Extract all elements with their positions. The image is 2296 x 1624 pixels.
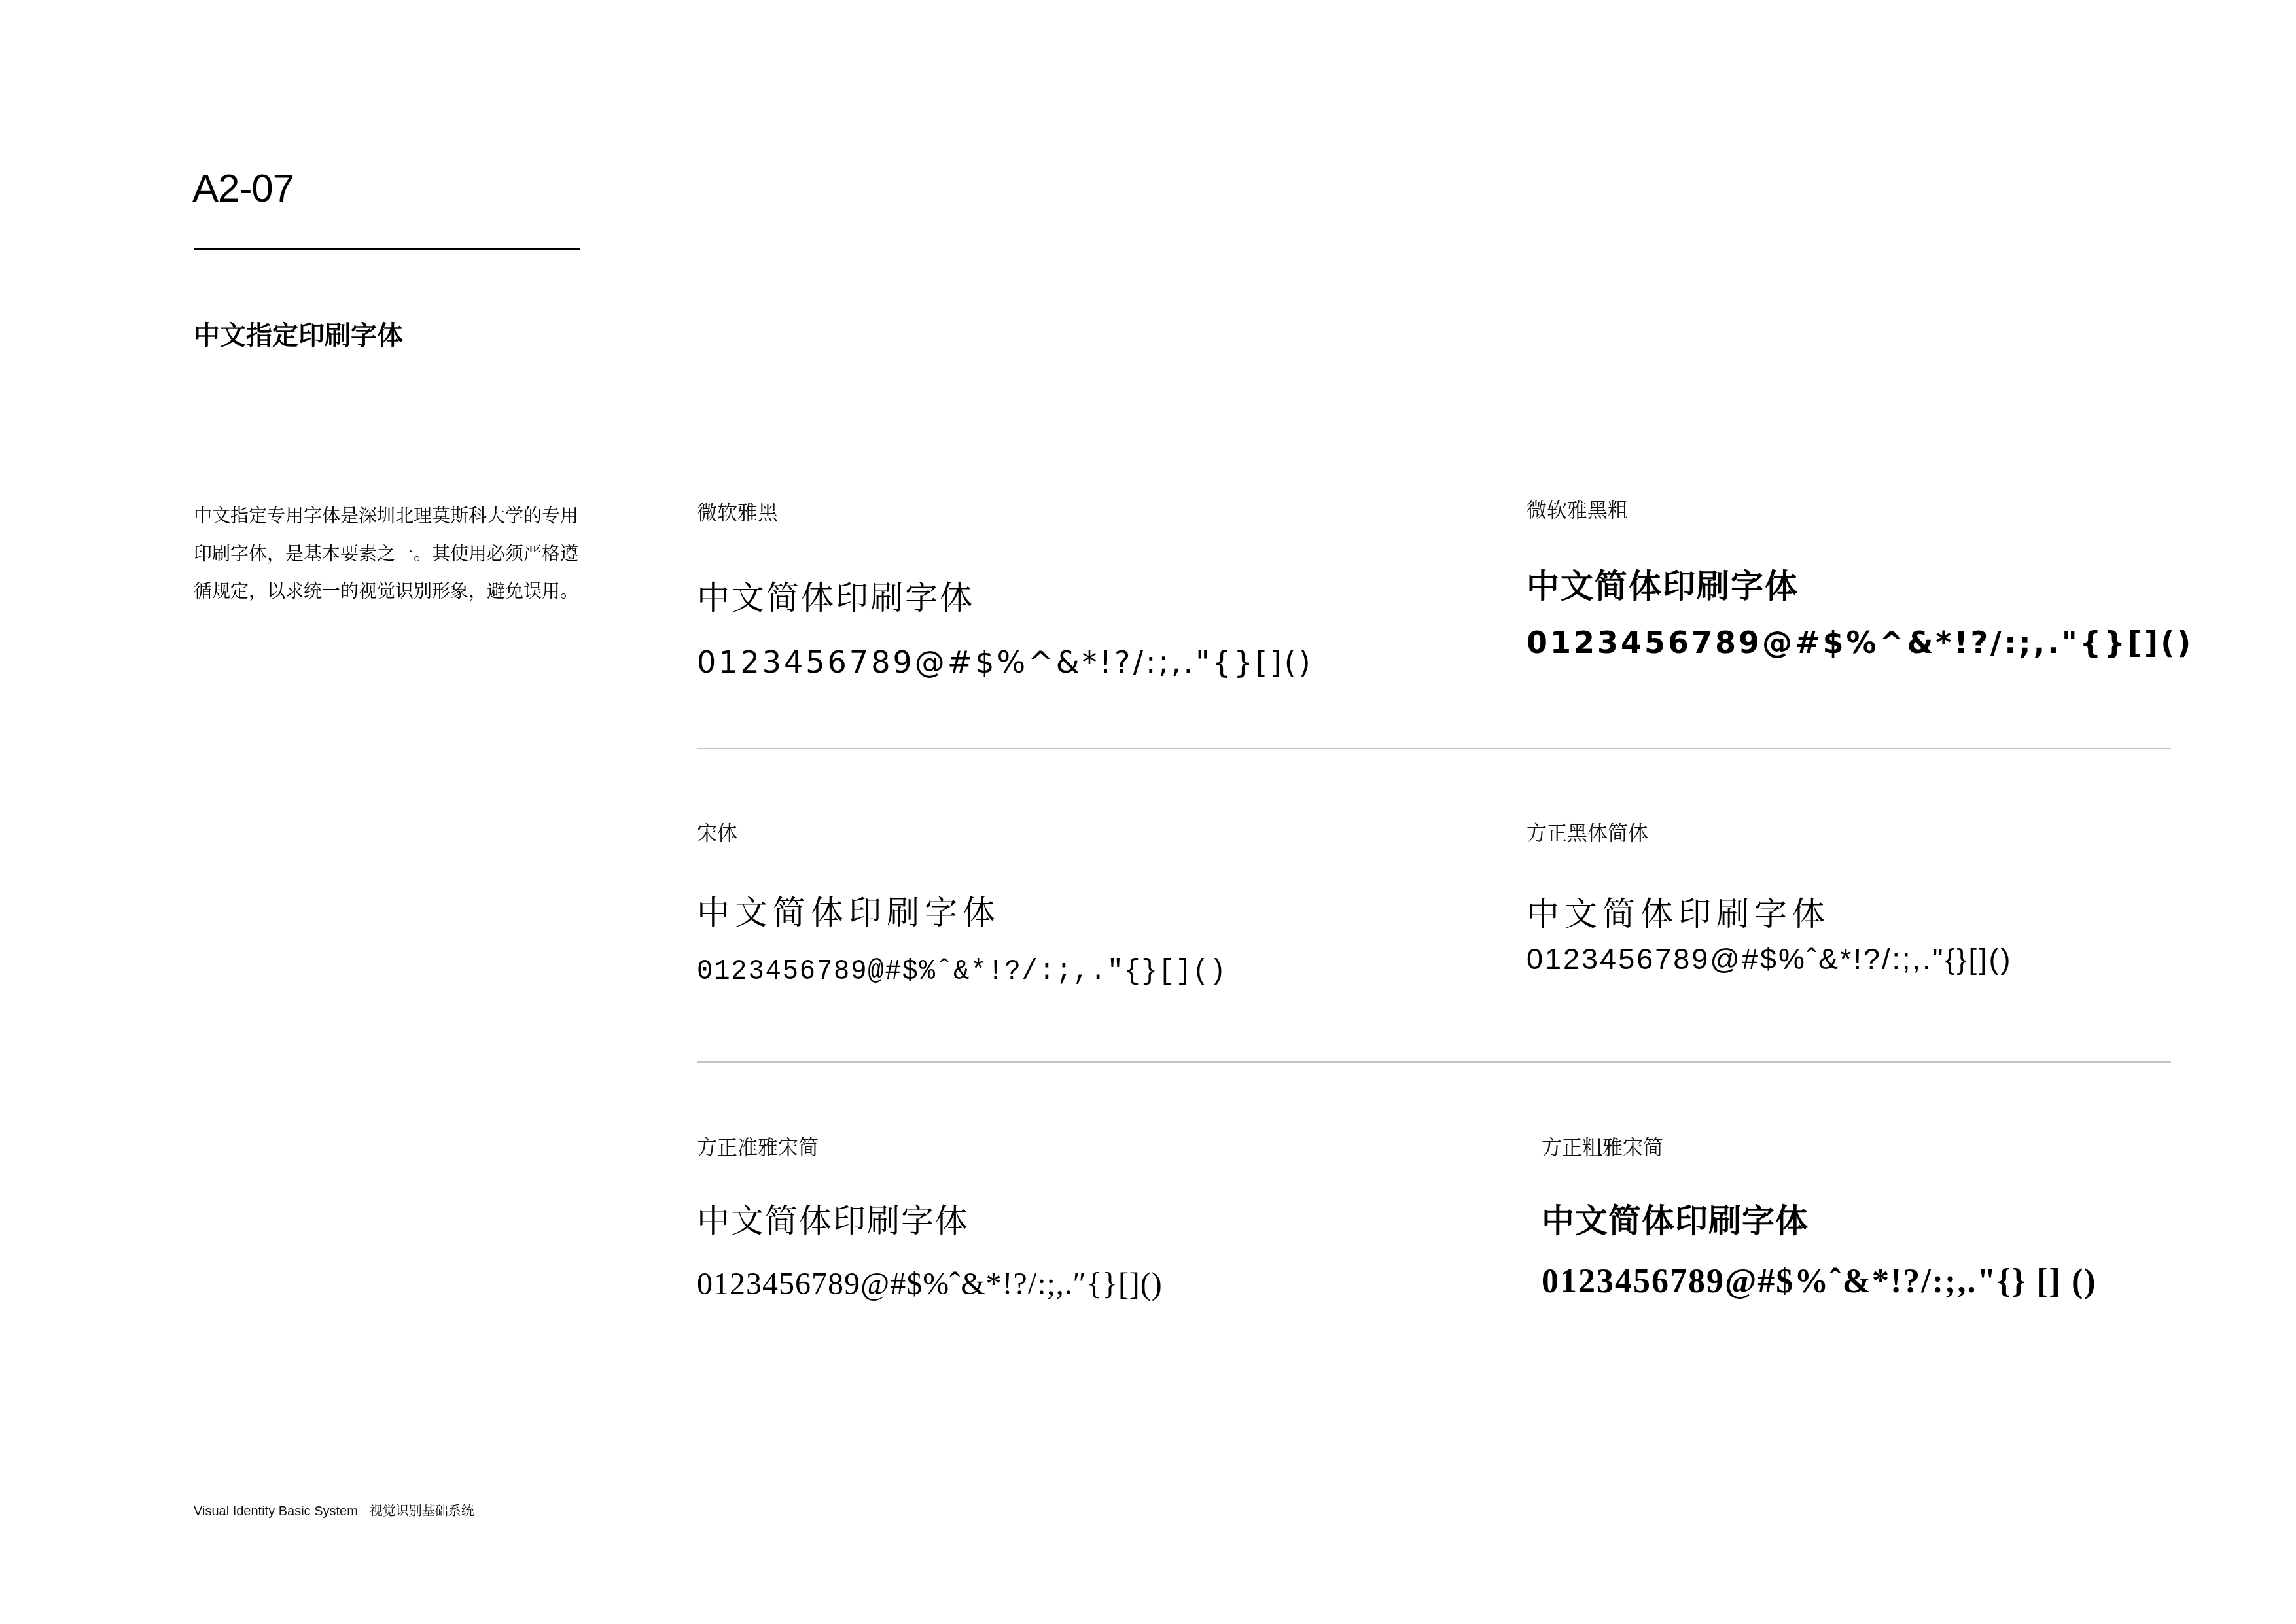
font-sample-cn-fz-heiti: 中文简体印刷字体 [1527,894,1830,934]
footer: Visual Identity Basic System视觉识别基础系统 [194,1502,474,1520]
font-sample-cn-fz-zhunyasong: 中文简体印刷字体 [697,1201,969,1241]
footer-en: Visual Identity Basic System [194,1503,358,1520]
font-label-yahei: 微软雅黑 [697,500,778,526]
font-sample-chars-fz-cuyasong: 0123456789@#$%ˆ&*!?/:;,."{} [] () [1542,1263,2097,1301]
font-label-fz-cuyasong: 方正粗雅宋简 [1542,1135,1663,1161]
font-sample-chars-yahei-bold: 0123456789@#$%^&*!?/:;,."{}[]() [1527,624,2193,662]
font-sample-chars-songti: 0123456789@#$%ˆ&*!?/:;,.″{}[]() [697,953,1227,991]
footer-cn: 视觉识别基础系统 [370,1502,474,1519]
intro-paragraph: 中文指定专用字体是深圳北理莫斯科大学的专用印刷字体，是基本要素之一。其使用必须严… [194,497,586,610]
section-title: 中文指定印刷字体 [194,319,403,352]
font-sample-cn-yahei: 中文简体印刷字体 [697,578,974,618]
font-label-fz-heiti: 方正黑体简体 [1527,821,1648,847]
font-label-songti: 宋体 [697,821,737,847]
font-sample-chars-yahei: 0123456789@#$%^&*!?/:;,."{}[]() [697,643,1313,681]
font-sample-chars-fz-heiti: 0123456789@#$%ˆ&*!?/:;,."{}[]() [1527,940,2013,978]
page-code: A2-07 [192,165,294,212]
row-divider [697,1061,2171,1063]
font-label-fz-zhunyasong: 方正准雅宋简 [697,1135,819,1161]
header-rule [194,248,580,250]
font-sample-cn-songti: 中文简体印刷字体 [697,893,1000,932]
font-sample-chars-fz-zhunyasong: 0123456789@#$%ˆ&*!?/:;,.″{}[]() [697,1265,1163,1303]
font-sample-cn-yahei-bold: 中文简体印刷字体 [1527,567,1799,606]
font-label-yahei-bold: 微软雅黑粗 [1527,497,1628,523]
font-sample-cn-fz-cuyasong: 中文简体印刷字体 [1542,1201,1809,1241]
row-divider [697,748,2171,749]
